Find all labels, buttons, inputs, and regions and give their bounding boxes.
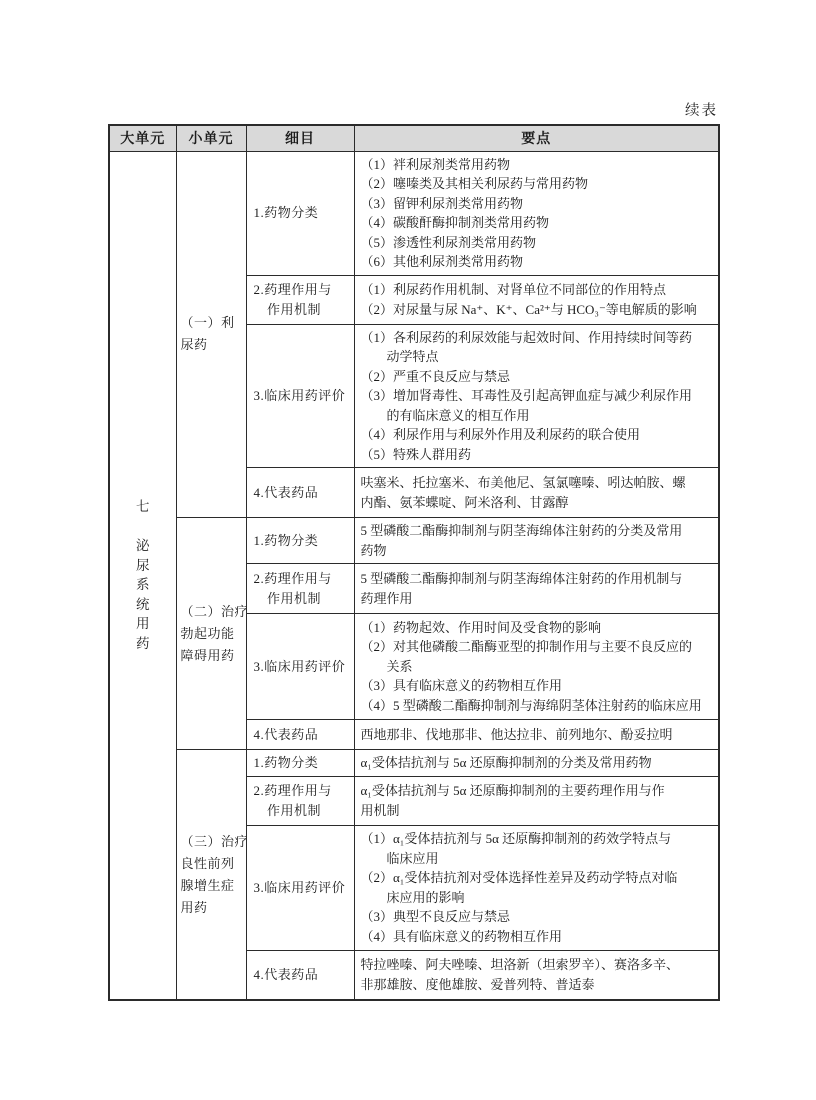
- header-detail: 细目: [246, 125, 354, 151]
- keypoints-cell: 呋塞米、托拉塞米、布美他尼、氢氯噻嗪、吲达帕胺、螺 内酯、氨苯蝶啶、阿米洛利、甘…: [354, 468, 719, 518]
- detail-cell: 1.药物分类: [246, 518, 354, 564]
- detail-cell: 1.药物分类: [246, 750, 354, 777]
- detail-cell: 3.临床用药评价: [246, 825, 354, 950]
- detail-cell: 4.代表药品: [246, 950, 354, 1000]
- header-major-unit: 大单元: [109, 125, 176, 151]
- keypoints-cell: α₁受体拮抗剂与 5α 还原酶抑制剂的分类及常用药物: [354, 750, 719, 777]
- keypoints-cell: 西地那非、伐地那非、他达拉非、前列地尔、酚妥拉明: [354, 720, 719, 750]
- minor-unit-cell-2: （二）治疗 勃起功能 障碍用药: [176, 518, 246, 750]
- minor-unit-cell-1: （一）利 尿药: [176, 151, 246, 518]
- detail-cell: 4.代表药品: [246, 468, 354, 518]
- syllabus-table: 大单元 小单元 细目 要点 七 泌 尿 系 统 用 药 （一）利 尿药 1.药物…: [108, 124, 720, 1001]
- detail-cell: 2.药理作用与 作用机制: [246, 275, 354, 324]
- detail-cell: 3.临床用药评价: [246, 614, 354, 720]
- keypoints-cell: 5 型磷酸二酯酶抑制剂与阴茎海绵体注射药的作用机制与 药理作用: [354, 564, 719, 614]
- table-row: （三）治疗 良性前列 腺增生症 用药 1.药物分类 α₁受体拮抗剂与 5α 还原…: [109, 750, 719, 777]
- header-minor-unit: 小单元: [176, 125, 246, 151]
- continuation-label: 续表: [685, 99, 718, 120]
- keypoints-cell: （1）各利尿药的利尿效能与起效时间、作用持续时间等药 动学特点 （2）严重不良反…: [354, 324, 719, 468]
- detail-cell: 4.代表药品: [246, 720, 354, 750]
- keypoints-cell: 特拉唑嗪、阿夫唑嗪、坦洛新（坦索罗辛）、赛洛多辛、 非那雄胺、度他雄胺、爱普列特…: [354, 950, 719, 1000]
- minor-unit-cell-3: （三）治疗 良性前列 腺增生症 用药: [176, 750, 246, 1001]
- keypoints-cell: α₁受体拮抗剂与 5α 还原酶抑制剂的主要药理作用与作 用机制: [354, 776, 719, 825]
- detail-cell: 1.药物分类: [246, 151, 354, 275]
- keypoints-cell: （1）α₁受体拮抗剂与 5α 还原酶抑制剂的药效学特点与 临床应用 （2）α₁受…: [354, 825, 719, 950]
- keypoints-cell: （1）利尿药作用机制、对肾单位不同部位的作用特点 （2）对尿量与尿 Na⁺、K⁺…: [354, 275, 719, 324]
- keypoints-cell: 5 型磷酸二酯酶抑制剂与阴茎海绵体注射药的分类及常用 药物: [354, 518, 719, 564]
- detail-cell: 2.药理作用与 作用机制: [246, 564, 354, 614]
- keypoints-cell: （1）袢利尿剂类常用药物 （2）噻嗪类及其相关利尿药与常用药物 （3）留钾利尿剂…: [354, 151, 719, 275]
- major-unit-cell: 七 泌 尿 系 统 用 药: [109, 151, 176, 1000]
- detail-cell: 3.临床用药评价: [246, 324, 354, 468]
- keypoints-cell: （1）药物起效、作用时间及受食物的影响 （2）对其他磷酸二酯酶亚型的抑制作用与主…: [354, 614, 719, 720]
- header-row: 大单元 小单元 细目 要点: [109, 125, 719, 151]
- detail-cell: 2.药理作用与 作用机制: [246, 776, 354, 825]
- table-row: （二）治疗 勃起功能 障碍用药 1.药物分类 5 型磷酸二酯酶抑制剂与阴茎海绵体…: [109, 518, 719, 564]
- document-page: 续表 大单元 小单元 细目 要点 七 泌 尿 系 统 用 药 （一）利 尿药 1…: [0, 0, 816, 1100]
- table-row: 七 泌 尿 系 统 用 药 （一）利 尿药 1.药物分类 （1）袢利尿剂类常用药…: [109, 151, 719, 275]
- header-keypoints: 要点: [354, 125, 719, 151]
